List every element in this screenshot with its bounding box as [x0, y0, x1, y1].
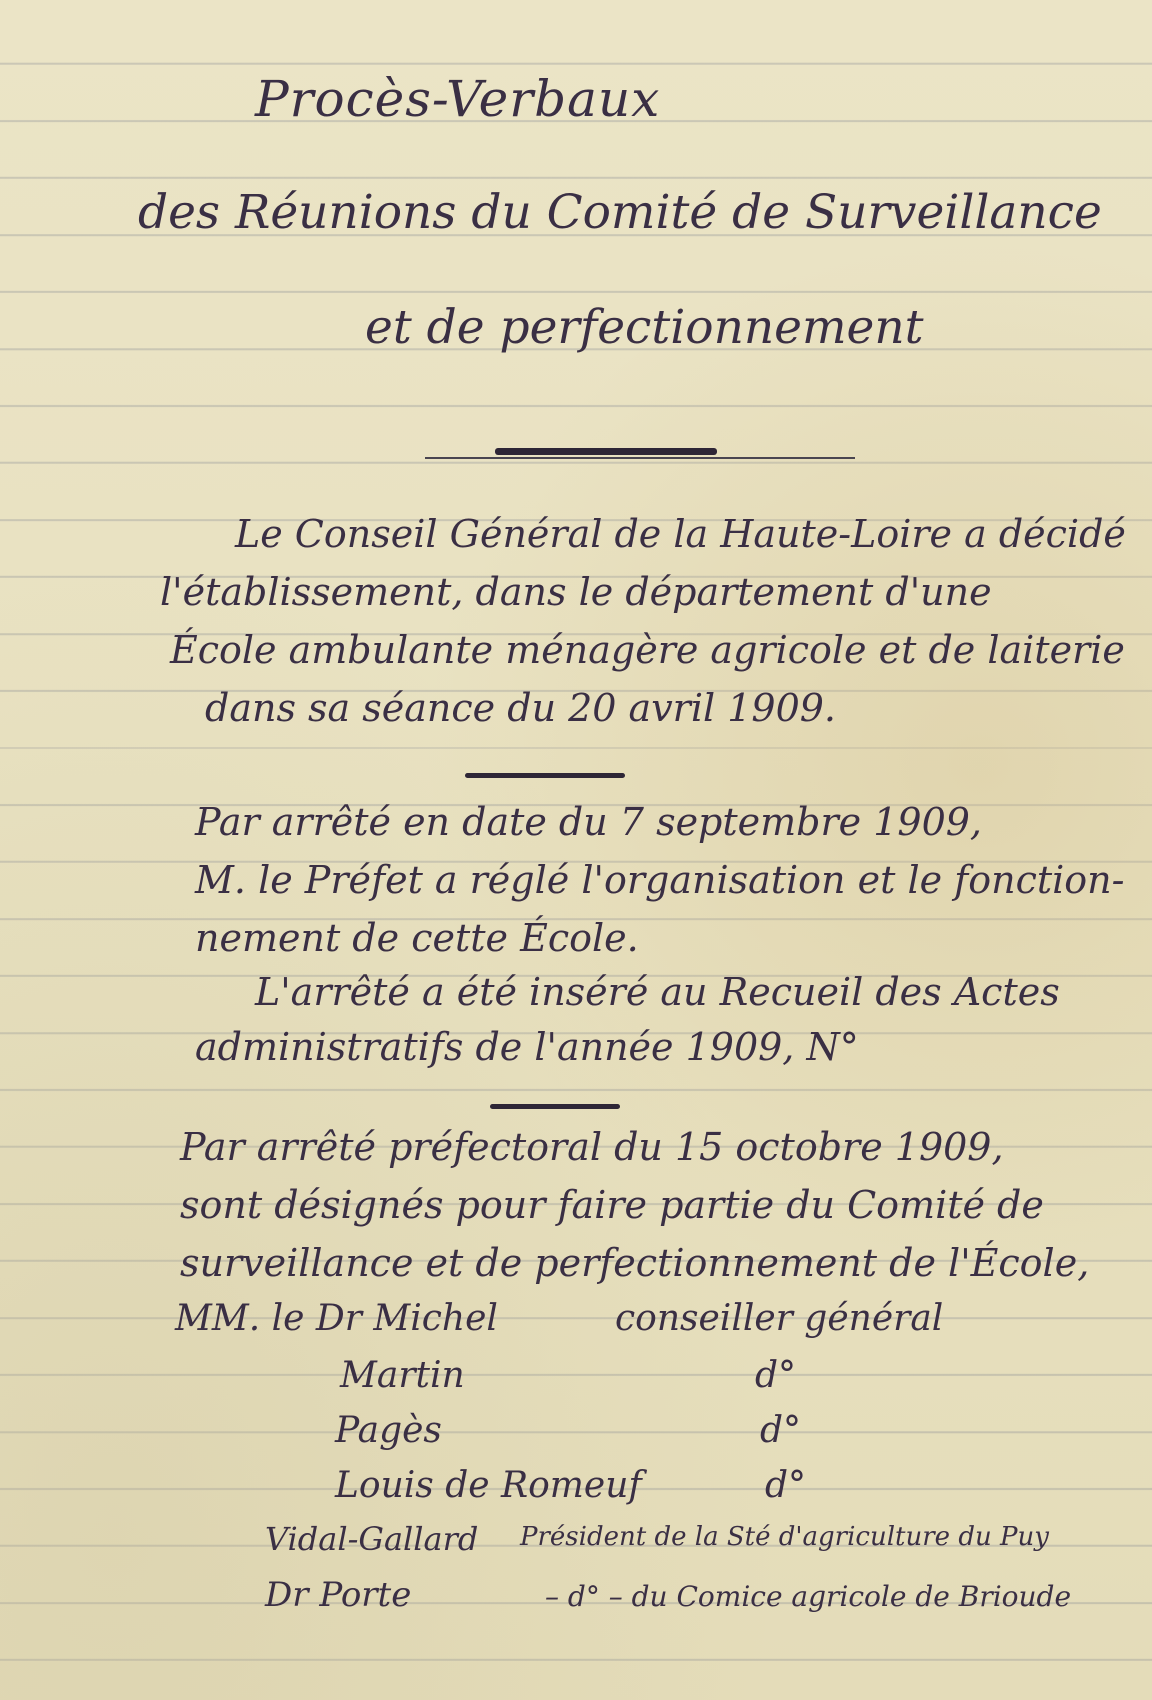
member-name: Pagès	[335, 1410, 442, 1451]
member-role: d°	[755, 1355, 796, 1396]
paragraph-1-line-4: dans sa séance du 20 avril 1909.	[205, 686, 836, 730]
paragraph-3-line-3: surveillance et de perfectionnement de l…	[180, 1241, 1089, 1285]
member-name: Dr Porte	[265, 1575, 411, 1615]
title-line-2: des Réunions du Comité de Surveillance	[138, 185, 1102, 240]
paragraph-2-line-4: L'arrêté a été inséré au Recueil des Act…	[255, 970, 1060, 1014]
member-role: Président de la Sté d'agriculture du Puy	[520, 1522, 1049, 1552]
paragraph-1-line-3: École ambulante ménagère agricole et de …	[170, 628, 1125, 672]
section-divider	[490, 1104, 620, 1109]
member-name: Louis de Romeuf	[335, 1465, 642, 1506]
paragraph-2-line-1: Par arrêté en date du 7 septembre 1909,	[195, 800, 982, 844]
title-divider-thick	[495, 448, 717, 455]
paragraph-2-line-3: nement de cette École.	[195, 916, 639, 960]
paragraph-2-line-2: M. le Préfet a réglé l'organisation et l…	[195, 858, 1124, 902]
section-divider	[465, 773, 625, 778]
document-page: Procès-Verbaux des Réunions du Comité de…	[0, 0, 1152, 1700]
title-line-3: et de perfectionnement	[365, 300, 924, 355]
title-divider-thin	[425, 457, 855, 459]
member-role: d°	[765, 1465, 806, 1506]
member-name: Vidal-Gallard	[265, 1520, 478, 1558]
paragraph-1-line-2: l'établissement, dans le département d'u…	[160, 570, 992, 614]
paragraph-1-line-1: Le Conseil Général de la Haute-Loire a d…	[235, 512, 1126, 556]
paragraph-2-line-5: administratifs de l'année 1909, N°	[195, 1025, 859, 1069]
member-name: MM. le Dr Michel	[175, 1298, 498, 1339]
member-role: – d° – du Comice agricole de Brioude	[545, 1580, 1071, 1613]
member-role: conseiller général	[615, 1298, 943, 1339]
paragraph-3-line-2: sont désignés pour faire partie du Comit…	[180, 1183, 1044, 1227]
member-name: Martin	[340, 1355, 465, 1396]
paragraph-3-line-1: Par arrêté préfectoral du 15 octobre 190…	[180, 1125, 1004, 1169]
title-line-1: Procès-Verbaux	[255, 70, 660, 128]
member-role: d°	[760, 1410, 801, 1451]
